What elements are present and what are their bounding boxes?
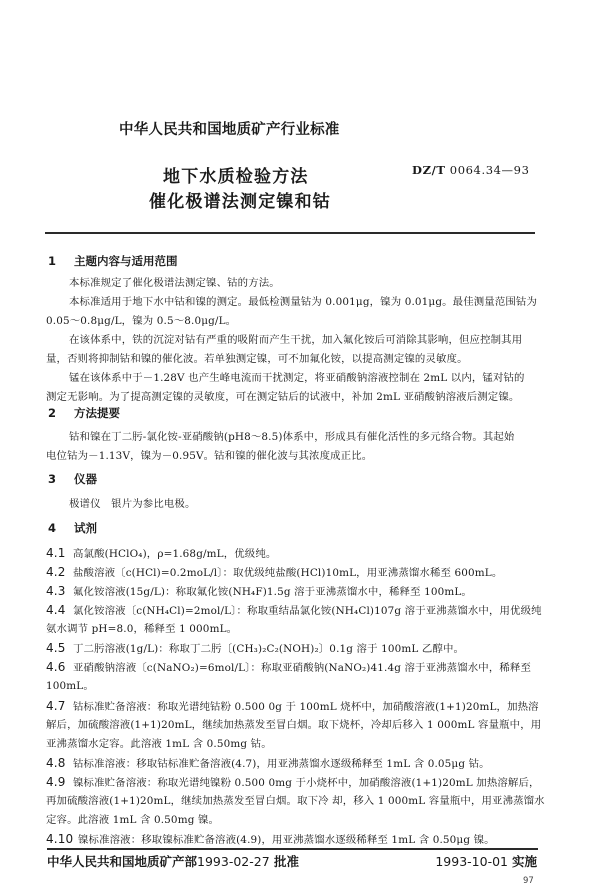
approving-authority: 中华人民共和国地质矿产部	[47, 854, 197, 869]
paragraph-line: 本标准规定了催化极谱法测定镍、钴的方法。	[69, 274, 280, 293]
reagent-item-4-9: 4.9镍标准贮备溶液：称取光谱纯镍粉 0.500 0mg 于小烧杯中，加硝酸溶液…	[46, 773, 540, 793]
item-text: 钴标准贮备溶液：称取光谱纯钴粉 0.500 0g 于 100mL 烧杯中，加硝酸…	[73, 701, 539, 713]
approval-date: 1993-02-27	[197, 854, 270, 869]
item-text: 氟化铵溶液(15g/L)：称取氟化铵(NH₄F)1.5g 溶于亚沸蒸馏水中，稀释…	[73, 586, 472, 598]
item-number: 4.5	[46, 639, 73, 658]
item-number: 4.1	[46, 544, 73, 563]
standard-code-number: 0064.34—93	[450, 163, 530, 177]
item-number: 4.9	[46, 773, 73, 792]
item-number: 4.2	[46, 563, 73, 582]
item-text: 高氯酸(HClO₄)，ρ=1.68g/mL，优级纯。	[73, 548, 276, 560]
section-number: 4	[48, 521, 74, 535]
paragraph-line: 氨水调节 pH=8.0，稀释至 1 000mL。	[46, 620, 237, 639]
section-number: 2	[48, 406, 74, 420]
reagent-item-4-10: 4.10镍标准溶液：移取镍标准贮备溶液(4.9)，用亚沸蒸馏水逐级稀释至 1mL…	[46, 830, 495, 850]
issuing-organization: 中华人民共和国地质矿产行业标准	[119, 118, 340, 139]
header-rule	[45, 232, 535, 234]
reagent-item-4-4: 4.4氯化铵溶液〔c(NH₄Cl)=2mol/L〕：称取重结晶氯化铵(NH₄Cl…	[46, 601, 542, 621]
paragraph-line: 在该体系中，铁的沉淀对钴有严重的吸附而产生干扰，加入氟化铵后可消除其影响，但应控…	[69, 331, 522, 350]
reagent-item-4-8: 4.8钴标准溶液：移取钴标准贮备溶液(4.7)，用亚沸蒸馏水逐级稀释至 1mL …	[46, 754, 490, 774]
effective-statement: 1993-10-01 实施	[435, 852, 537, 870]
item-text: 盐酸溶液〔c(HCl)=0.2moL/l〕：取优级纯盐酸(HCl)10mL，用亚…	[73, 567, 502, 579]
item-number: 4.7	[46, 697, 73, 716]
page-number: 97	[523, 876, 534, 886]
paragraph-line: 本标准适用于地下水中钴和镍的测定。最低检测量钴为 0.001μg，镍为 0.01…	[69, 293, 537, 312]
reagent-item-4-2: 4.2盐酸溶液〔c(HCl)=0.2moL/l〕：取优级纯盐酸(HCl)10mL…	[46, 563, 502, 583]
section-title: 主题内容与适用范围	[74, 254, 178, 268]
item-text: 镍标准贮备溶液：称取光谱纯镍粉 0.500 0mg 于小烧杯中，加硝酸溶液(1+…	[73, 777, 540, 789]
section-number: 1	[48, 254, 74, 268]
item-number: 4.6	[46, 658, 73, 677]
section-number: 3	[48, 472, 74, 486]
reagent-item-4-5: 4.5丁二肟溶液(1g/L)：称取丁二肟〔(CH₃)₂C₂(NOH)₂〕0.1g…	[46, 639, 464, 659]
item-text: 氯化铵溶液〔c(NH₄Cl)=2mol/L〕：称取重结晶氯化铵(NH₄Cl)10…	[73, 605, 542, 617]
reagent-item-4-1: 4.1高氯酸(HClO₄)，ρ=1.68g/mL，优级纯。	[46, 544, 276, 564]
item-text: 丁二肟溶液(1g/L)：称取丁二肟〔(CH₃)₂C₂(NOH)₂〕0.1g 溶于…	[73, 643, 464, 655]
footer-rule	[47, 848, 538, 850]
section-heading-1: 1主题内容与适用范围	[48, 253, 178, 269]
paragraph-line: 解后，加硫酸溶液(1+1)20mL，继续加热蒸发至冒白烟。取下烧杯，冷却后移入 …	[46, 716, 541, 735]
paragraph-line: 量，否则将抑制钴和镍的催化波。若单独测定镍，可不加氟化铵，以提高测定镍的灵敏度。	[46, 350, 468, 369]
section-heading-4: 4试剂	[48, 520, 97, 536]
section-title: 仪器	[74, 472, 97, 486]
section-title: 试剂	[74, 521, 97, 535]
paragraph-line: 0.05～0.8μg/L，镍为 0.5～8.0μg/L。	[46, 312, 236, 331]
approval-label: 批准	[274, 854, 299, 869]
paragraph-line: 定容。此溶液 1mL 含 0.50mg 镍。	[46, 811, 219, 830]
standard-code-prefix: DZ/T	[412, 163, 446, 177]
paragraph-line: 电位钴为－1.13V，镍为－0.95V。钴和镍的催化波与其浓度成正比。	[46, 447, 372, 466]
reagent-item-4-7: 4.7钴标准贮备溶液：称取光谱纯钴粉 0.500 0g 于 100mL 烧杯中，…	[46, 697, 539, 717]
reagent-item-4-6: 4.6亚硝酸钠溶液〔c(NaNO₂)=6mol/L〕：称取亚硝酸钠(NaNO₂)…	[46, 658, 531, 678]
document-title-line2: 催化极谱法测定镍和钴	[149, 187, 331, 212]
item-text: 钴标准溶液：移取钴标准贮备溶液(4.7)，用亚沸蒸馏水逐级稀释至 1mL 含 0…	[73, 758, 490, 770]
item-text: 镍标准溶液：移取镍标准贮备溶液(4.9)，用亚沸蒸馏水逐级稀释至 1mL 含 0…	[78, 834, 495, 846]
document-title-line1: 地下水质检验方法	[163, 162, 309, 187]
section-heading-3: 3仪器	[48, 471, 97, 487]
item-number: 4.4	[46, 601, 73, 620]
paragraph-line: 锰在该体系中于－1.28V 也产生峰电流而干扰测定，将亚硝酸钠溶液控制在 2mL…	[69, 369, 525, 388]
item-number: 4.8	[46, 754, 73, 773]
effective-label: 实施	[512, 854, 537, 869]
effective-date: 1993-10-01	[435, 854, 508, 869]
reagent-item-4-3: 4.3氟化铵溶液(15g/L)：称取氟化铵(NH₄F)1.5g 溶于亚沸蒸馏水中…	[46, 582, 472, 602]
standard-code: DZ/T 0064.34—93	[412, 163, 530, 177]
item-number: 4.3	[46, 582, 73, 601]
item-text: 亚硝酸钠溶液〔c(NaNO₂)=6mol/L〕：称取亚硝酸钠(NaNO₂)41.…	[73, 662, 531, 674]
paragraph-line: 再加硫酸溶液(1+1)20mL，继续加热蒸发至冒白烟。取下冷 却，移入 1 00…	[46, 792, 545, 811]
item-number: 4.10	[46, 830, 78, 849]
paragraph-line: 钴和镍在丁二肟-氯化铵-亚硝酸钠(pH8～8.5)体系中，形成具有催化活性的多元…	[69, 428, 514, 447]
section-heading-2: 2方法提要	[48, 405, 120, 421]
paragraph-line: 极谱仪 银片为参比电极。	[69, 495, 196, 514]
paragraph-line: 亚沸蒸馏水定容。此溶液 1mL 含 0.50mg 钴。	[46, 735, 272, 754]
section-title: 方法提要	[74, 406, 120, 420]
paragraph-line: 100mL。	[46, 677, 94, 696]
approval-statement: 中华人民共和国地质矿产部1993-02-27 批准	[47, 852, 299, 870]
